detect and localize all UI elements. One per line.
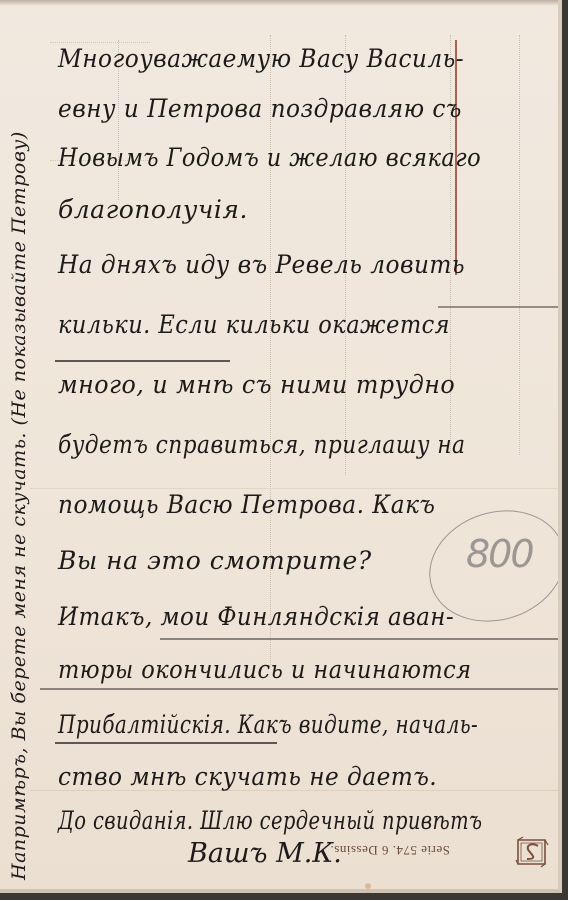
handwritten-line: Вы на это смотрите? (58, 546, 372, 575)
printed-rule (30, 488, 560, 489)
underline (55, 742, 277, 744)
underline (438, 306, 562, 308)
signature: Вашъ М.К. (188, 838, 342, 869)
margin-note: Напримѣръ, Вы берете меня не скучать. (Н… (8, 0, 30, 880)
handwritten-line: Многоуважаемую Васу Василь- (58, 44, 464, 73)
handwritten-line: благополучія. (58, 195, 248, 224)
handwritten-line: евну и Петрова поздравляю съ (58, 94, 462, 123)
underline (55, 360, 230, 362)
printed-dotted-line (519, 35, 520, 455)
printed-imprint: Serie 574. 6 Dessins. (330, 842, 450, 858)
underline (160, 638, 560, 640)
handwritten-line: Новымъ Годомъ и желаю всякаго (58, 143, 481, 172)
handwritten-line: помощь Васю Петрова. Какъ (58, 490, 435, 519)
handwritten-line: будетъ справиться, приглашу на (58, 430, 465, 459)
paper-stain (365, 883, 371, 889)
handwritten-line: кильки. Если кильки окажется (58, 310, 450, 339)
handwritten-line: Прибалтійскія. Какъ видите, началь- (58, 710, 478, 739)
handwritten-line: Итакъ, мои Финляндскія аван- (58, 602, 454, 631)
handwritten-line: На дняхъ иду въ Ревель ловить (58, 250, 465, 279)
postcard: Многоуважаемую Васу Василь- евну и Петро… (0, 0, 562, 893)
handwritten-line: До свиданія. Шлю сердечный привѣтъ (58, 806, 482, 835)
handwritten-line: тюры окончились и начинаются (58, 655, 472, 684)
handwritten-line: много, и мнѣ съ ними трудно (58, 370, 455, 399)
pencil-annotation: 800 (466, 532, 533, 576)
printed-dotted-line (50, 42, 150, 43)
publisher-logo-icon (515, 836, 549, 868)
handwritten-line: ство мнѣ скучать не даетъ. (58, 762, 437, 791)
underline (40, 688, 560, 690)
